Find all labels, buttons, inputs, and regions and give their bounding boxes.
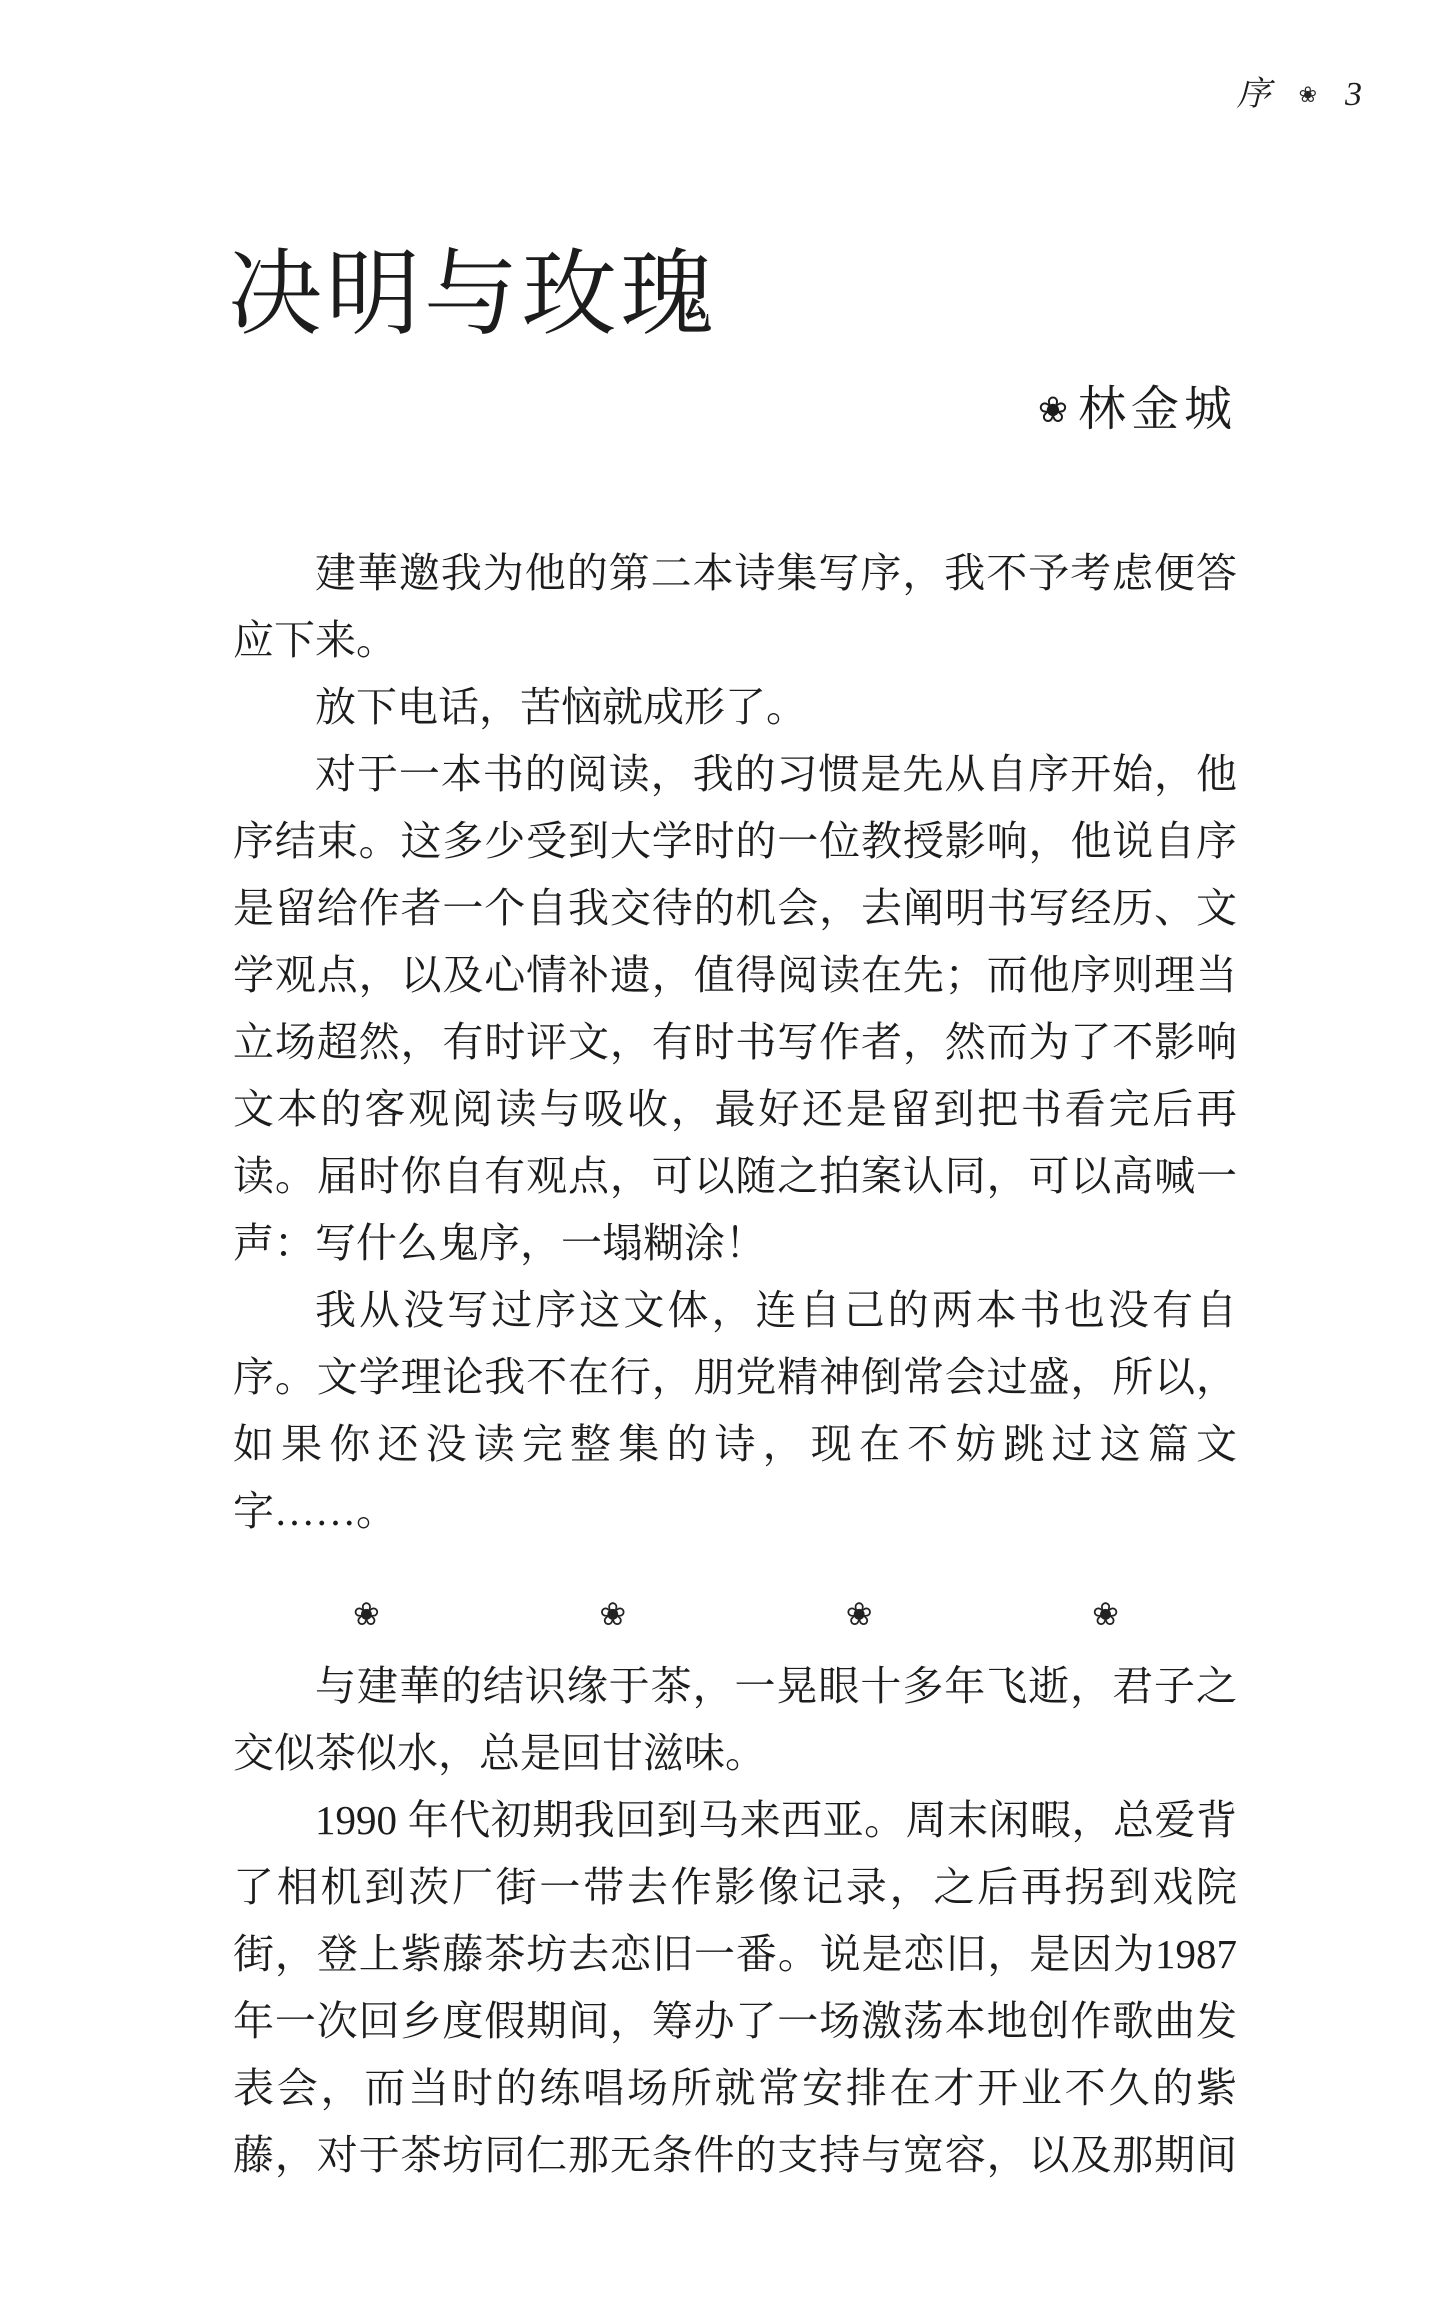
page-number: 3: [1345, 78, 1362, 112]
body-text: 建華邀我为他的第二本诗集写序，我不予考虑便答应下来。放下电话，苦恼就成形了。对于…: [233, 540, 1237, 2189]
text-line: 声：写什么鬼序，一塌糊涂！: [233, 1210, 1237, 1277]
text-line: 表会，而当时的练唱场所就常安排在才开业不久的紫: [233, 2055, 1237, 2122]
flower-icon: ❀: [1038, 392, 1068, 428]
text-line: 对于一本书的阅读，我的习惯是先从自序开始，他: [233, 741, 1237, 808]
text-line: 序结束。这多少受到大学时的一位教授影响，他说自序: [233, 808, 1237, 875]
author-line: ❀ 林金城: [1038, 386, 1237, 434]
text-line: 了相机到茨厂街一带去作影像记录，之后再拐到戏院: [233, 1854, 1237, 1921]
text-line: 1990 年代初期我回到马来西亚。周末闲暇，总爱背: [233, 1787, 1237, 1854]
flower-icon: ❀: [599, 1595, 626, 1633]
section-separator: ❀❀❀❀: [233, 1581, 1237, 1647]
text-line: 序。文学理论我不在行，朋党精神倒常会过盛，所以，: [233, 1344, 1237, 1411]
flower-icon: ❀: [353, 1595, 380, 1633]
chapter-title: 决明与玫瑰: [228, 244, 718, 347]
text-line: 放下电话，苦恼就成形了。: [233, 674, 1237, 741]
text-line: 与建華的结识缘于茶，一晃眼十多年飞逝，君子之: [233, 1653, 1237, 1720]
book-page: 序 ❀ 3 决明与玫瑰 ❀ 林金城 建華邀我为他的第二本诗集写序，我不予考虑便答…: [0, 0, 1432, 2309]
author-name: 林金城: [1078, 386, 1237, 434]
flower-icon: ❀: [1299, 84, 1317, 106]
text-line: 学观点，以及心情补遗，值得阅读在先；而他序则理当: [233, 942, 1237, 1009]
text-line: 立场超然，有时评文，有时书写作者，然而为了不影响: [233, 1009, 1237, 1076]
text-line: 如果你还没读完整集的诗，现在不妨跳过这篇文: [233, 1411, 1237, 1478]
text-line: 我从没写过序这文体，连自己的两本书也没有自: [233, 1277, 1237, 1344]
text-line: 字……。: [233, 1478, 1237, 1545]
text-line: 读。届时你自有观点，可以随之拍案认同，可以高喊一: [233, 1143, 1237, 1210]
text-line: 街，登上紫藤茶坊去恋旧一番。说是恋旧，是因为1987: [233, 1921, 1237, 1988]
flower-icon: ❀: [846, 1595, 873, 1633]
header-section-label: 序: [1237, 78, 1271, 112]
text-line: 文本的客观阅读与吸收，最好还是留到把书看完后再: [233, 1076, 1237, 1143]
flower-icon: ❀: [1092, 1595, 1119, 1633]
text-line: 年一次回乡度假期间，筹办了一场激荡本地创作歌曲发: [233, 1988, 1237, 2055]
text-line: 藤，对于茶坊同仁那无条件的支持与宽容，以及那期间: [233, 2122, 1237, 2189]
text-line: 应下来。: [233, 607, 1237, 674]
page-header: 序 ❀ 3: [1237, 78, 1362, 112]
text-line: 建華邀我为他的第二本诗集写序，我不予考虑便答: [233, 540, 1237, 607]
text-line: 交似茶似水，总是回甘滋味。: [233, 1720, 1237, 1787]
text-line: 是留给作者一个自我交待的机会，去阐明书写经历、文: [233, 875, 1237, 942]
